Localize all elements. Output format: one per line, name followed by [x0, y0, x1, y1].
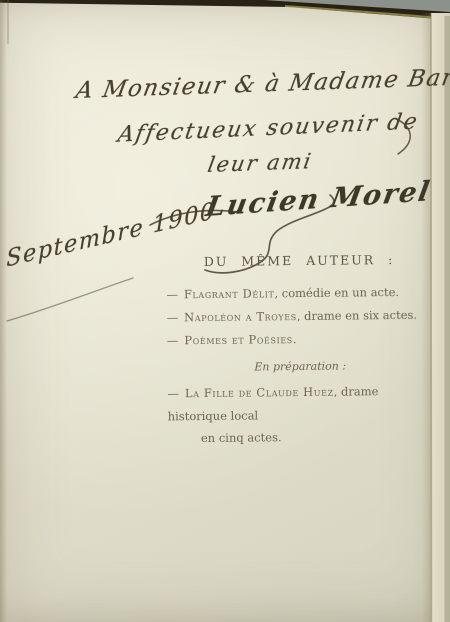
- work-item-1: —Flagrant Délit, comédie en un acte.: [159, 281, 439, 307]
- work-desc: .: [293, 332, 297, 346]
- section-heading: DU MÊME AUTEUR :: [159, 252, 439, 271]
- work-title: Flagrant Délit: [184, 286, 275, 301]
- inscription-line-1: A Monsieur & à Madame Barbonne: [74, 62, 450, 104]
- work-title: Napoléon a Troyes: [184, 309, 297, 324]
- work-desc-continuation: en cinq actes.: [168, 426, 441, 450]
- inscription-line-3: leur ami: [206, 149, 315, 177]
- book-top-edge: [0, 0, 450, 20]
- work-title: Poèmes et Poésies: [184, 332, 293, 347]
- em-dash: —: [167, 310, 179, 324]
- work-item-preparation: —La Fille de Claude Huez, drame historiq…: [160, 380, 441, 450]
- gilt-edge-line: [285, 6, 448, 19]
- work-item-3: —Poèmes et Poésies.: [160, 327, 440, 353]
- book-flyleaf-photo: A Monsieur & à Madame Barbonne Affectueu…: [0, 0, 450, 622]
- background-gray-corner: [262, 0, 450, 13]
- left-gutter-shadow: [0, 0, 7, 622]
- author-signature: Lucien Morel: [204, 176, 434, 223]
- printed-block: DU MÊME AUTEUR : —Flagrant Délit, comédi…: [159, 252, 441, 450]
- date-underline-flourish: [7, 278, 133, 321]
- em-dash: —: [167, 386, 179, 400]
- preparation-label: En préparation :: [160, 358, 440, 377]
- em-dash: —: [166, 287, 178, 301]
- work-desc: , comédie en un acte.: [274, 285, 399, 300]
- work-title: La Fille de Claude Huez: [185, 385, 334, 401]
- work-desc: , drame en six actes.: [297, 308, 417, 323]
- work-item-2: —Napoléon a Troyes, drame en six actes.: [160, 304, 440, 330]
- inscription-line-2: Affectueux souvenir de: [116, 109, 421, 147]
- right-page-sliver: [445, 16, 450, 622]
- em-dash: —: [167, 333, 179, 347]
